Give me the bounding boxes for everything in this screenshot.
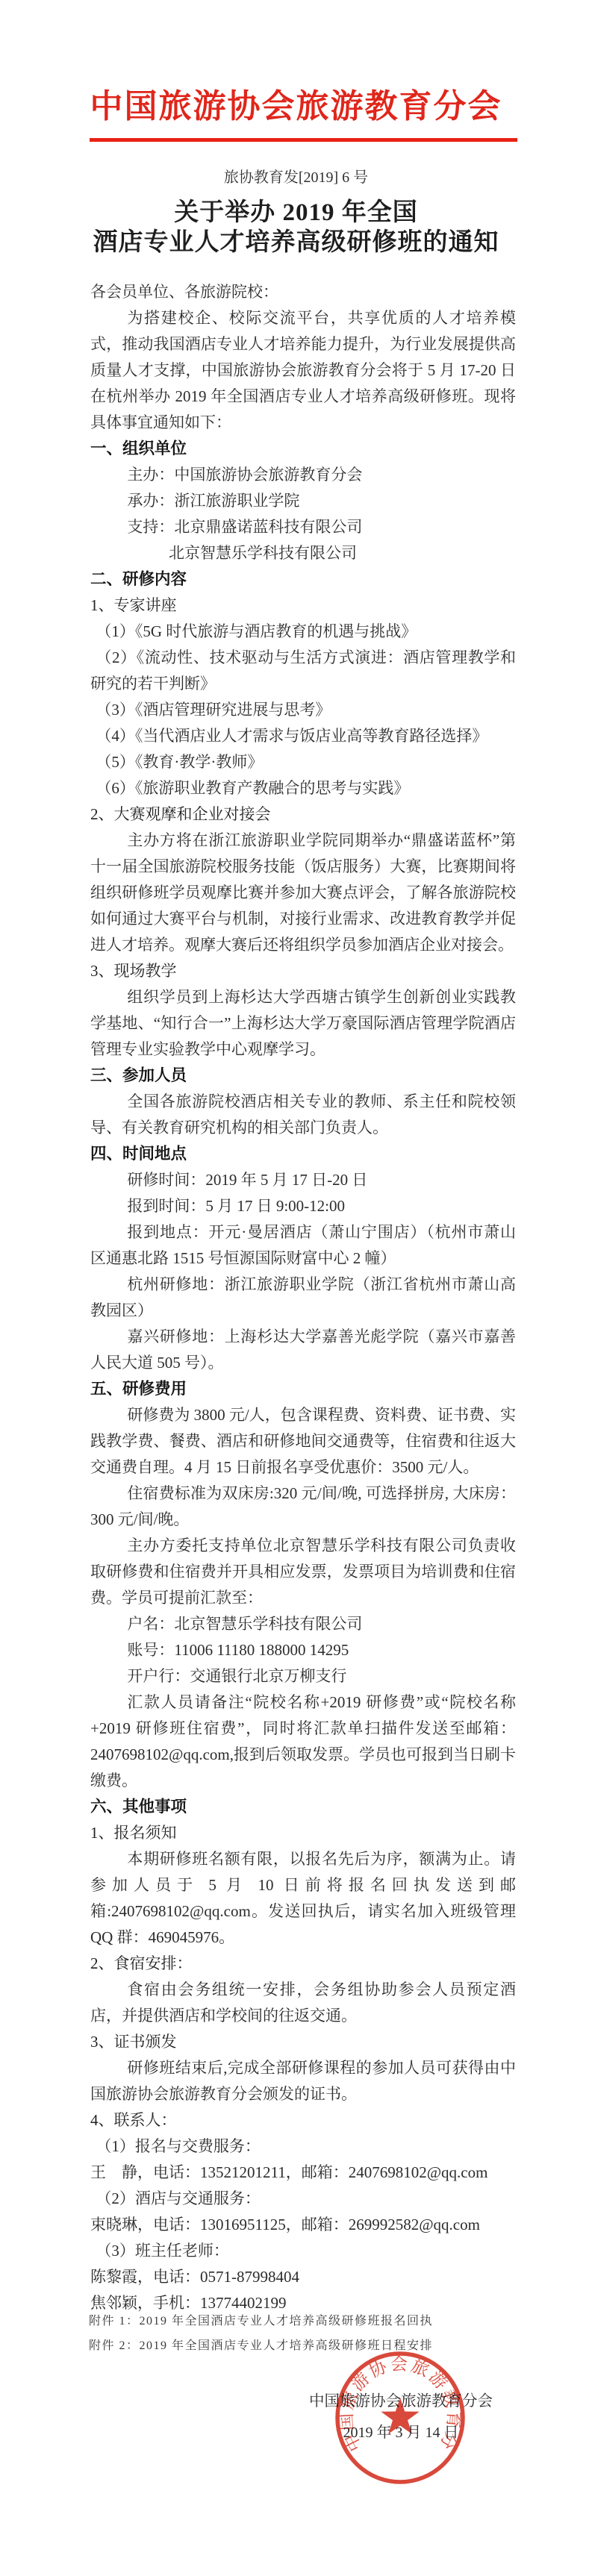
body-line-para: 账号：11006 11180 188000 14295: [90, 1637, 516, 1663]
org-header-title: 中国旅游协会旅游教育分会: [0, 79, 592, 127]
body-line-plain: 王 静，电话：13521201211，邮箱：2407698102@qq.com: [90, 2160, 516, 2186]
body-line-h2: 3、证书颁发: [90, 2029, 516, 2055]
body-line-h2: 2、食宿安排：: [90, 1951, 516, 1977]
body-line-list: （5）《教育·教学·教师》: [90, 749, 516, 775]
body-line-para: 为搭建校企、校际交流平台，共享优质的人才培养模式，推动我国酒店专业人才培养能力提…: [90, 305, 516, 436]
body-line-h2: 3、现场教学: [90, 958, 516, 984]
document-body: 各会员单位、各旅游院校：为搭建校企、校际交流平台，共享优质的人才培养模式，推动我…: [90, 279, 516, 2316]
body-line-list: （2）《流动性、技术驱动与生活方式演进：酒店管理教学和研究的若干判断》: [90, 645, 516, 697]
notice-title-line2: 酒店专业人才培养高级研修班的通知: [0, 228, 592, 257]
body-line-para: 食宿由会务组统一安排，会务组协助参会人员预定酒店，并提供酒店和学校间的往返交通。: [90, 1977, 516, 2029]
body-line-h1: 一、组织单位: [90, 436, 516, 462]
body-line-list: （4）《当代酒店业人才需求与饭店业高等教育路径选择》: [90, 723, 516, 749]
body-line-h1: 六、其他事项: [90, 1794, 516, 1820]
body-line-h1: 四、时间地点: [90, 1141, 516, 1167]
body-line-list: （1）《5G 时代旅游与酒店教育的机遇与挑战》: [90, 619, 516, 645]
doc-number: 旅协教育发[2019] 6 号: [0, 165, 592, 187]
body-line-h1: 二、研修内容: [90, 566, 516, 593]
body-line-plain: 束晓琳，电话：13016951125，邮箱：269992582@qq.com: [90, 2212, 516, 2238]
body-line-para: 主办：中国旅游协会旅游教育分会: [90, 462, 516, 488]
body-line-para: 户名：北京智慧乐学科技有限公司: [90, 1611, 516, 1637]
body-line-para: 支持：北京鼎盛诺蓝科技有限公司: [90, 514, 516, 540]
body-line-para: 全国各旅游院校酒店相关专业的教师、系主任和院校领导、有关教育研究机构的相关部门负…: [90, 1089, 516, 1141]
notice-title: 关于举办 2019 年全国 酒店专业人才培养高级研修班的通知: [0, 198, 592, 257]
body-line-h2: 4、联系人：: [90, 2107, 516, 2133]
notice-title-line1: 关于举办 2019 年全国: [0, 198, 592, 228]
seal-star-icon: [381, 2398, 419, 2434]
body-line-para: 本期研修班名额有限，以报名先后为序，额满为止。请参加人员于 5 月 10 日前将…: [90, 1846, 516, 1951]
body-line-list: （1）报名与交费服务：: [90, 2133, 516, 2160]
body-line-para: 主办方将在浙江旅游职业学院同期举办“鼎盛诺蓝杯”第十一届全国旅游院校服务技能（饭…: [90, 828, 516, 958]
body-line-para: 研修费为 3800 元/人，包含课程费、资料费、证书费、实践教学费、餐费、酒店和…: [90, 1402, 516, 1481]
header-divider: [90, 138, 517, 142]
body-line-para: 嘉兴研修地：上海杉达大学嘉善光彪学院（嘉兴市嘉善人民大道 505 号）。: [90, 1324, 516, 1376]
body-line-h2: 1、专家讲座: [90, 593, 516, 619]
body-line-h1: 三、参加人员: [90, 1063, 516, 1089]
body-line-ind5: 北京智慧乐学科技有限公司: [90, 540, 516, 566]
body-line-para: 组织学员到上海杉达大学西塘古镇学生创新创业实践教学基地、“知行合一”上海杉达大学…: [90, 984, 516, 1063]
body-line-salut: 各会员单位、各旅游院校：: [90, 279, 516, 305]
body-line-h2: 2、大赛观摩和企业对接会: [90, 801, 516, 828]
body-line-list: （6）《旅游职业教育产教融合的思考与实践》: [90, 775, 516, 801]
official-seal-icon: 中国旅游协会旅游教育分会: [331, 2349, 469, 2486]
body-line-h2: 1、报名须知: [90, 1820, 516, 1846]
body-line-para: 承办：浙江旅游职业学院: [90, 488, 516, 514]
body-line-list: （3）《酒店管理研究进展与思考》: [90, 697, 516, 723]
seal-arc-text: 中国旅游协会旅游教育分会: [331, 2349, 464, 2454]
body-line-para: 杭州研修地：浙江旅游职业学院（浙江省杭州市萧山高教园区）: [90, 1272, 516, 1324]
body-line-para: 研修时间：2019 年 5 月 17 日-20 日: [90, 1167, 516, 1193]
body-line-para: 开户行：交通银行北京万柳支行: [90, 1663, 516, 1689]
body-line-para: 住宿费标准为双床房:320 元/间/晚, 可选择拼房, 大床房：300 元/间/…: [90, 1481, 516, 1533]
body-line-para: 报到时间：5 月 17 日 9:00-12:00: [90, 1193, 516, 1219]
body-line-plain: 陈黎霞，电话：0571-87998404: [90, 2264, 516, 2290]
attachment-note-1: 附件 1：2019 年全国酒店专业人才培养高级研修班报名回执: [89, 2309, 507, 2333]
notice-document: 中国旅游协会旅游教育分会 旅协教育发[2019] 6 号 关于举办 2019 年…: [0, 0, 592, 2576]
svg-text:中国旅游协会旅游教育分会: 中国旅游协会旅游教育分会: [331, 2349, 464, 2454]
body-line-para: 主办方委托支持单位北京智慧乐学科技有限公司负责收取研修费和住宿费并开具相应发票，…: [90, 1533, 516, 1611]
body-line-para: 汇款人员请备注“院校名称+2019 研修费”或“院校名称+2019 研修班住宿费…: [90, 1689, 516, 1794]
body-line-h1: 五、研修费用: [90, 1376, 516, 1402]
body-line-list: （3）班主任老师：: [90, 2238, 516, 2264]
body-line-list: （2）酒店与交通服务：: [90, 2186, 516, 2212]
body-line-para: 研修班结束后,完成全部研修课程的参加人员可获得由中国旅游协会旅游教育分会颁发的证…: [90, 2055, 516, 2107]
body-line-para: 报到地点：开元·曼居酒店（萧山宁围店）（杭州市萧山区通惠北路 1515 号恒源国…: [90, 1219, 516, 1272]
